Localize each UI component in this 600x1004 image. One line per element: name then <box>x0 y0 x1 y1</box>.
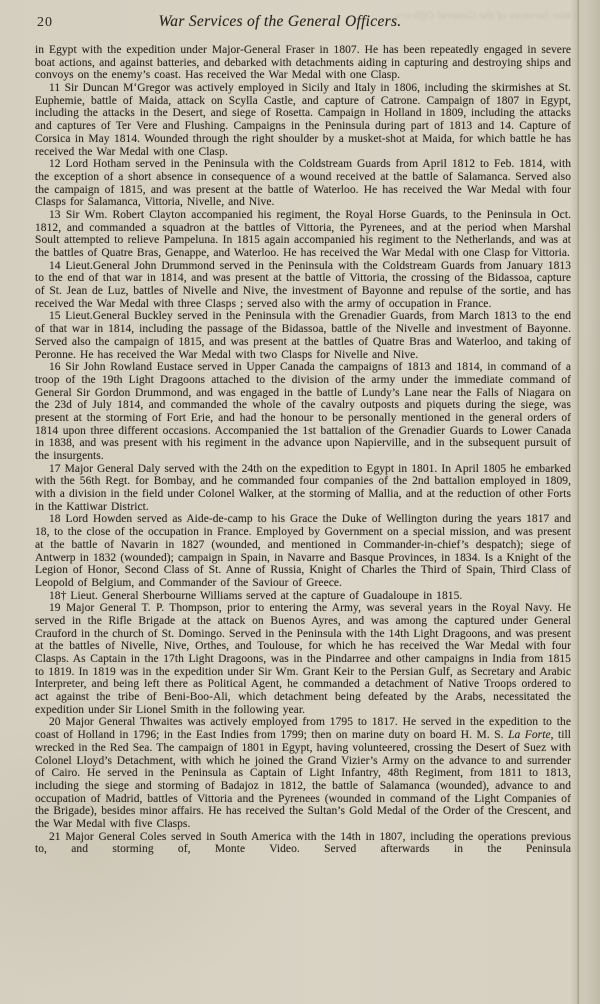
paragraph: 15 Lieut.General Buckley served in the P… <box>35 310 571 361</box>
page-header: 20 War Services of the General Officers. <box>0 13 600 35</box>
paragraph: 19 Major General T. P. Thompson, prior t… <box>35 602 571 716</box>
running-title: War Services of the General Officers. <box>0 13 560 31</box>
paragraph: in Egypt with the expedition under Major… <box>35 44 571 82</box>
paragraph: 18 Lord Howden served as Aide-de-camp to… <box>35 513 571 589</box>
paragraph: 13 Sir Wm. Robert Clayton accompanied hi… <box>35 209 571 260</box>
page-edge-shadow <box>570 0 600 1004</box>
paragraph: 18† Lieut. General Sherbourne Williams s… <box>35 590 571 603</box>
paragraph: 16 Sir John Rowland Eustace served in Up… <box>35 361 571 463</box>
scanned-book-page: War Services of the General Officers. 20… <box>0 0 600 1004</box>
paragraph: 14 Lieut.General John Drummond served in… <box>35 260 571 311</box>
paragraph: 20 Major General Thwaites was actively e… <box>35 716 571 830</box>
paragraph: 11 Sir Duncan M‘Gregor was actively empl… <box>35 82 571 158</box>
paragraph: 17 Major General Daly served with the 24… <box>35 463 571 514</box>
paragraph: 12 Lord Hotham served in the Peninsula w… <box>35 158 571 209</box>
page-body: in Egypt with the expedition under Major… <box>35 44 571 856</box>
paragraph: 21 Major General Coles served in South A… <box>35 831 571 856</box>
